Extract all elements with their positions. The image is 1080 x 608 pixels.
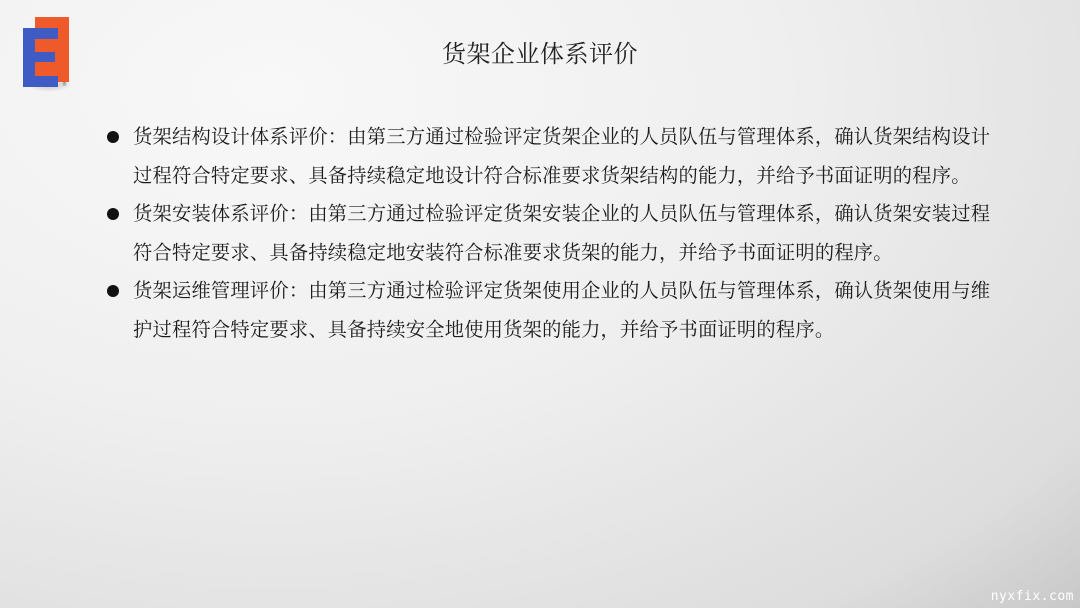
bullet-text: 货架运维管理评价：由第三方通过检验评定货架使用企业的人员队伍与管理体系，确认货架… (133, 279, 990, 341)
bullet-text: 货架安装体系评价：由第三方通过检验评定货架安装企业的人员队伍与管理体系，确认货架… (133, 202, 990, 264)
bullet-item: 货架运维管理评价：由第三方通过检验评定货架使用企业的人员队伍与管理体系，确认货架… (105, 272, 1005, 349)
bullet-dot-icon (107, 208, 119, 220)
slide-title: 货架企业体系评价 (0, 34, 1080, 69)
watermark: nyxfix.com (991, 589, 1074, 604)
bullet-dot-icon (107, 131, 119, 143)
bullet-text: 货架结构设计体系评价：由第三方通过检验评定货架企业的人员队伍与管理体系，确认货架… (133, 125, 990, 187)
bullet-item: 货架安装体系评价：由第三方通过检验评定货架安装企业的人员队伍与管理体系，确认货架… (105, 195, 1005, 272)
bullet-dot-icon (107, 285, 119, 297)
registered-mark: ® (62, 82, 67, 88)
bullet-item: 货架结构设计体系评价：由第三方通过检验评定货架企业的人员队伍与管理体系，确认货架… (105, 118, 1005, 195)
logo-e-bottom-arm (23, 76, 58, 87)
bullet-list: 货架结构设计体系评价：由第三方通过检验评定货架企业的人员队伍与管理体系，确认货架… (105, 118, 1005, 349)
